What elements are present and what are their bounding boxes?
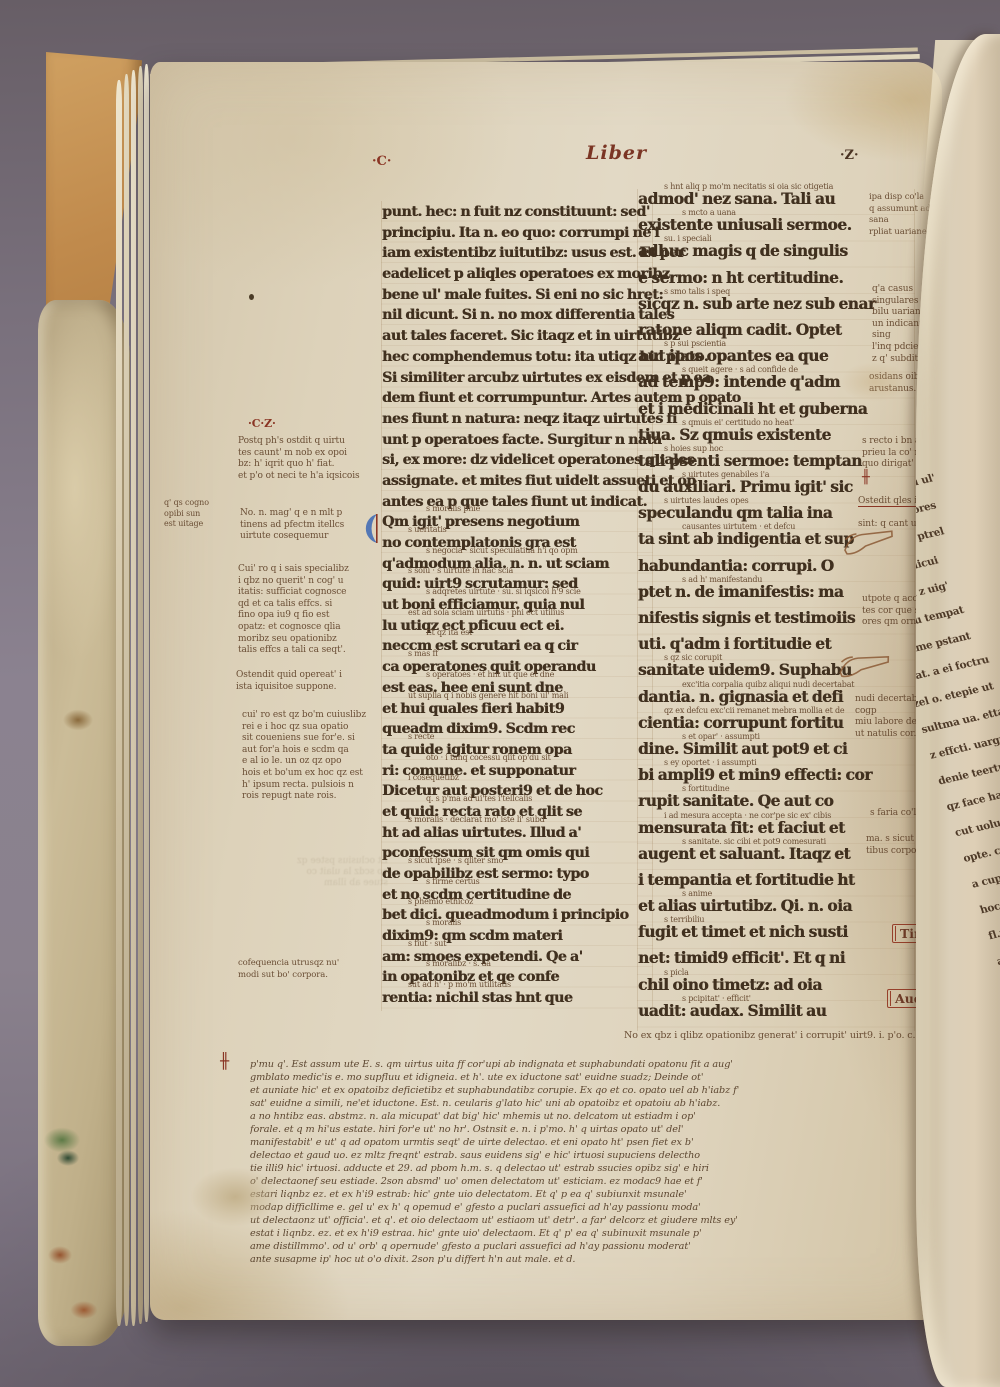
commentary-line: p'mu q'. Est assum ute E. s. qm uirtus u… — [250, 1058, 914, 1071]
text-line-ink: bene ul' male fuites. Si eni no sic hret… — [382, 287, 663, 303]
interlinear-gloss: s qz sic corupit — [664, 653, 722, 662]
page-title: Liber — [586, 142, 647, 164]
text-line-ink: fugit et timet et nich susti — [638, 923, 848, 941]
text-line-ink: eadelicet p aliqles operatoes ex moribz — [382, 266, 669, 282]
interlinear-gloss: s anime — [682, 889, 712, 898]
commentary-line: estari liqnbz ez. et ex h'i9 estrab: hic… — [250, 1188, 914, 1201]
margin-note-cuius2: cui' ro est qz bo'm cuiuslibz rei e i ho… — [242, 710, 400, 803]
interlinear-gloss: s hoies sup hoc — [664, 444, 723, 453]
interlinear-gloss: i cosequetibz — [408, 773, 459, 782]
text-line-ink: unt p operatoes facte. Surgitur n nata — [382, 432, 661, 448]
commentary-line: manifestabit' e ut' q ad opatom urmtis s… — [250, 1136, 914, 1149]
interlinear-gloss: s qmuis ei' certitudo no heat' — [682, 418, 794, 427]
text-line-ink: punt. hec: n fuit nz constituunt: sed' — [382, 204, 650, 220]
interlinear-gloss: s sicut ipse · s qliter smo — [408, 856, 503, 865]
text-line-ink: admod' nez sana. Tali au — [638, 190, 835, 208]
text-line-ink: nil dicunt. Si n. no mox differentia tal… — [382, 307, 674, 323]
interlinear-gloss: s uirtutes laudes opes — [664, 496, 749, 505]
page-edge — [116, 80, 122, 1326]
commentary-line: et auniate hic' et ex opatoibz deficieti… — [250, 1084, 914, 1097]
text-line: bene ul' male fuites. Si eni no sic hret… — [382, 284, 652, 305]
commentary-line: a no hntibz eas. abstmz. n. ala micupat'… — [250, 1110, 914, 1123]
interlinear-gloss: s pcipitat' · efficit' — [682, 994, 751, 1003]
footer-note: No ex qbz i qlibz opationibz generat' i … — [624, 1030, 915, 1041]
text-line-ink: et hui quales fieri habit9 — [382, 701, 564, 717]
text-line: Si similiter arcubz uirtutes ex eisdem e… — [382, 367, 652, 388]
tie-mark-icon: ╫ — [220, 1052, 229, 1070]
text-line: ut suplia q i nobis genere hit boni ul' … — [382, 698, 652, 719]
text-line-ink: net: timid9 efficit'. Et q ni — [638, 949, 845, 967]
interlinear-gloss: Et qz ita est — [426, 628, 472, 637]
text-line: antes ea p que tales fiunt ut indicat. — [382, 491, 652, 512]
page-edge — [124, 74, 129, 1326]
interlinear-gloss: s ueritatis — [408, 525, 447, 534]
interlinear-gloss: s sanitate. sic cibi et pot9 comesurati — [682, 837, 826, 846]
text-line: i tempantia et fortitudie ht — [638, 870, 914, 896]
interlinear-gloss: s smo talis i speq — [664, 287, 730, 296]
text-line: principiu. Ita n. eo quo: corrumpi ne i — [382, 222, 652, 243]
text-line-ink: mensurata fit: et faciut et — [638, 819, 845, 837]
interlinear-gloss: s terribiliu — [664, 915, 704, 924]
interlinear-gloss: s hnt aliq p mo'm necitatis si oia sic o… — [664, 182, 833, 191]
manuscript-photo: ·C· Liber ·Z· punt. hec: n fuit nz const… — [0, 0, 1000, 1387]
interlinear-gloss: s ad h' manifestandu — [682, 575, 762, 584]
interlinear-gloss: causantes uirtutem · et defcu — [682, 522, 795, 531]
text-line-ink: tiua. Sz qmuis existente — [638, 426, 831, 444]
next-folio-text: soqz ua'aneu co'ret dlanea o'ruta agtteu… — [916, 80, 1000, 1156]
margin-note-cuius: Cui' ro q i sais specialibz i qbz no que… — [238, 564, 394, 657]
text-line-ink: bi ampli9 et min9 effecti: cor — [638, 766, 872, 784]
text-line: punt. hec: n fuit nz constituunt: sed' — [382, 201, 652, 222]
page-edge — [144, 64, 149, 1322]
text-line: habundantia: corrupi. O — [638, 556, 914, 582]
text-line-ink: aut ipos opantes ea que — [638, 347, 828, 365]
text-line-ink: antes ea p que tales fiunt ut indicat. — [382, 494, 647, 510]
text-line-ink: dantia. n. gignasia et defi — [638, 688, 843, 706]
margin-note-ostendit: Ostendit quid opereat' i ista iquisitoe … — [236, 670, 396, 693]
text-line: dem fiunt et corrumpuntur. Artes autem p… — [382, 387, 652, 408]
interlinear-gloss: est ad sola sciam uirtutis · phi ect uti… — [408, 608, 564, 617]
interlinear-gloss: sut ad h' · p mo'm utilitatis — [408, 980, 511, 989]
text-line: assignate. et mites fiut uidelt assueti … — [382, 470, 652, 491]
text-line-ink: nifestis signis et testimoiis — [638, 609, 855, 627]
text-line-ink: uti. q'adm i fortitudie et — [638, 635, 831, 653]
interlinear-gloss: s moralis phie — [426, 504, 480, 513]
text-line-ink: existente uniusali sermoe. — [638, 216, 852, 234]
interlinear-gloss: s moralis — [426, 918, 461, 927]
text-line-ink: aut tales faceret. Sic itaqz et in uirtu… — [382, 328, 680, 344]
interlinear-gloss: s negocia · sicut speculatiua h'i qo opm — [426, 546, 578, 555]
text-line-ink: ht ad alias uirtutes. Illud a' — [382, 825, 581, 841]
interlinear-gloss: s uirtutes genabiles i'a — [682, 470, 769, 479]
text-line-ink: ratone aliqm cadit. Optet — [638, 321, 842, 339]
text-line-ink: rupit sanitate. Qe aut co — [638, 792, 833, 810]
text-line: su. i speciali adhuc magis q de singulis — [638, 241, 914, 267]
page-edge — [138, 66, 143, 1324]
interlinear-gloss: s et opar' · assumpti — [682, 732, 760, 741]
text-line-ink: uadit: audax. Similit au — [638, 1002, 826, 1020]
text-line: unt p operatoes facte. Surgitur n nata — [382, 429, 652, 450]
interlinear-gloss: s p sui pscientia — [664, 339, 726, 348]
show-through-text: Et oclusius pstee qz eo scdz la ulait co… — [238, 856, 388, 889]
text-line-ink: rentia: nichil stas hnt que — [382, 990, 572, 1006]
commentary-line: delectao et gaud uo. ez mltz freqnt' est… — [250, 1149, 914, 1162]
interlinear-gloss: s mcto a uana — [682, 208, 736, 217]
interlinear-gloss: qz ex defcu exc'cii remanet mebra mollia… — [664, 706, 844, 715]
text-line: s phemio ethicoz bet dici. queadmodum i … — [382, 904, 652, 925]
text-line: aut tales faceret. Sic itaqz et in uirtu… — [382, 325, 652, 346]
interlinear-gloss: s moralibz · s. aa — [426, 959, 491, 968]
text-line: s sicut ipse · s qliter smo de opabilibz… — [382, 863, 652, 884]
text-line: sut ad h' · p mo'm utilitatis rentia: ni… — [382, 987, 652, 1008]
text-line: hec comphendemus totu: ita utiqz hic pla… — [382, 346, 652, 367]
interlinear-gloss: i ad mesura accepta · ne cor'pe sic ex' … — [664, 811, 831, 820]
page-edge — [131, 70, 136, 1326]
commentary-line: ante susapme ip' hoc ut o'o dixit. 2son … — [250, 1253, 914, 1266]
text-line: s picla chil oino timetz: ad oia — [638, 975, 914, 1001]
underlined-lemma: Ostedit qles ie' — [858, 496, 925, 507]
text-line-ink: nes fiunt n natura: neqz itaqz uirtutes … — [382, 411, 677, 427]
commentary-line: gmblato medic'is e. mo supfluu et idigne… — [250, 1071, 914, 1084]
text-line: si, ex more: dz videlicet operatones qua… — [382, 449, 652, 470]
text-line-ink: augent et saluant. Itaqz et — [638, 845, 850, 863]
interlinear-gloss: q. s p'ma ad ui'tes i'tellcalis — [426, 794, 532, 803]
ink-fleck — [249, 294, 254, 300]
interlinear-gloss: s fortitudine — [682, 784, 729, 793]
header-quire-mark-left: ·C· — [372, 154, 391, 169]
interlinear-gloss: su. i speciali — [664, 234, 712, 243]
text-line-ink: principiu. Ita n. eo quo: corrumpi ne i — [382, 225, 659, 241]
interlinear-gloss: s operatoes · et hnt ut que et dne — [426, 670, 554, 679]
text-line: s fiut · sut am: smoes expetendi. Qe a' — [382, 946, 652, 967]
stain — [190, 1167, 280, 1227]
text-line-ink: tali psenti sermoe: temptan — [638, 452, 862, 470]
commentary-line: ame distillmmo'. od u' orb' q opernude' … — [250, 1240, 914, 1253]
manuscript-page: ·C· Liber ·Z· punt. hec: n fuit nz const… — [150, 62, 942, 1320]
interlinear-gloss: s picla — [664, 968, 689, 977]
header-quire-mark-right: ·Z· — [840, 148, 859, 163]
text-line-ink: dine. Similit aut pot9 et ci — [638, 740, 847, 758]
interlinear-gloss: s solu · s uirtute in hac scia — [408, 566, 513, 575]
interlinear-gloss: s mas ff — [408, 649, 438, 658]
interlinear-gloss: s firme certus — [426, 877, 480, 886]
text-line: eadelicet p aliqles operatoes ex moribz — [382, 263, 652, 284]
interlinear-gloss: s phemio ethicoz — [408, 897, 473, 906]
text-line-ink: lu utiqz ect pficuu ect ei. — [382, 618, 564, 634]
interlinear-gloss: ut suplia q i nobis genere hit boni ul' … — [408, 691, 568, 700]
text-line-ink: sanitate uidem9. Suphabu — [638, 661, 852, 679]
commentary-line: sat' euidne a simili, ne'et iductone. Es… — [250, 1097, 914, 1110]
text-line-ink: chil oino timetz: ad oia — [638, 976, 822, 994]
text-line: est ad sola sciam uirtutis · phi ect uti… — [382, 615, 652, 636]
text-line: s ey oportet · i assumpti bi ampli9 et m… — [638, 765, 914, 791]
next-folio: soqz ua'aneu co'ret dlanea o'ruta agtteu… — [916, 34, 1000, 1387]
margin-note-postquam: Postq ph's ostdit q uirtu tes caunt' m n… — [238, 436, 390, 482]
commentary-line: estat i liqnbz. ez. et ex h'i9 estraa. h… — [250, 1227, 914, 1240]
commentary-block: p'mu q'. Est assum ute E. s. qm uirtus u… — [250, 1058, 914, 1266]
commentary-line: modap difficllime e. gel u' ex h' q opem… — [250, 1201, 914, 1214]
interlinear-gloss: s adqretes uirtute · su. si iqsicoi h'9 … — [426, 587, 581, 596]
text-line: s pcipitat' · efficit' uadit: audax. Sim… — [638, 1001, 914, 1027]
commentary-line: tie illi9 hic' irtuosi. adducte et 29. a… — [250, 1162, 914, 1175]
margin-note-far-left: q' qs cogno opibi sun est uitage — [164, 498, 230, 530]
interlinear-gloss: s recte — [408, 732, 434, 741]
interlinear-gloss: s moralis · declarat mo' iste li' subd' — [408, 815, 547, 824]
text-line-ink: i tempantia et fortitudie ht — [638, 871, 855, 889]
text-line-ink: habundantia: corrupi. O — [638, 557, 834, 575]
commentary-line: forale. et q m hi'us estate. hiri for'e … — [250, 1123, 914, 1136]
text-line-ink: cientia: corrupunt fortitu — [638, 714, 843, 732]
interlinear-gloss: oto · i tanq cocessu qlit op'du sit — [426, 753, 551, 762]
text-line-ink: adhuc magis q de singulis — [638, 242, 848, 260]
text-line-ink: e sermo: n ht certitudine. — [638, 269, 843, 287]
text-line-ink: du auxiliari. Primu igit' sic — [638, 478, 853, 496]
margin-note-consequentia: cofequencia utrusqz nu' modi sut bo' cor… — [238, 958, 398, 981]
commentary-line: ut delectaonz ut' officia'. et q'. et oi… — [250, 1214, 914, 1227]
interlinear-gloss: s ey oportet · i assumpti — [664, 758, 757, 767]
text-line-ink: ad temp9: intende q'adm — [638, 373, 840, 391]
interlinear-gloss: exc'itia corpalia quibz aliqui nudi dece… — [682, 680, 854, 689]
interlinear-gloss: s queit agere · s ad confide de — [682, 365, 798, 374]
text-line-ink: sicqz n. sub arte nez sub enar — [638, 295, 876, 313]
text-line-ink: speculandu qm talia ina — [638, 504, 832, 522]
margin-heading: ·C·Z· — [248, 418, 276, 430]
stain — [840, 362, 910, 402]
text-line-ink: bet dici. queadmodum i principio — [382, 907, 629, 923]
interlinear-gloss: s fiut · sut — [408, 939, 446, 948]
text-line-ink: et alias uirtutibz. Qi. n. oia — [638, 897, 852, 915]
text-line: s moralis · declarat mo' iste li' subd' … — [382, 822, 652, 843]
tie-mark-icon: ╫ — [862, 470, 870, 485]
text-line-ink: ptet n. de imanifestis: ma — [638, 583, 843, 601]
commentary-line: o' delectaonef seu estiade. 2son absmd' … — [250, 1175, 914, 1188]
text-line: iam existentibz iuitutibz: usus est. Et … — [382, 242, 652, 263]
text-column-left: punt. hec: n fuit nz constituunt: sed' p… — [381, 201, 653, 1011]
text-line-ink: de opabilibz est sermo: typo — [382, 866, 589, 882]
margin-note-nota: No. n. mag' q e n mlt p tinens ad pfectm… — [240, 508, 400, 543]
text-line-ink: ta sint ab indigentia et sup — [638, 530, 854, 548]
text-line: nil dicunt. Si n. no mox differentia tal… — [382, 304, 652, 325]
text-line-ink: et i medicinali ht et guberna — [638, 400, 867, 418]
text-line: nes fiunt n natura: neqz itaqz uirtutes … — [382, 408, 652, 429]
text-line: s terribiliu fugit et timet et nich sust… — [638, 922, 914, 948]
